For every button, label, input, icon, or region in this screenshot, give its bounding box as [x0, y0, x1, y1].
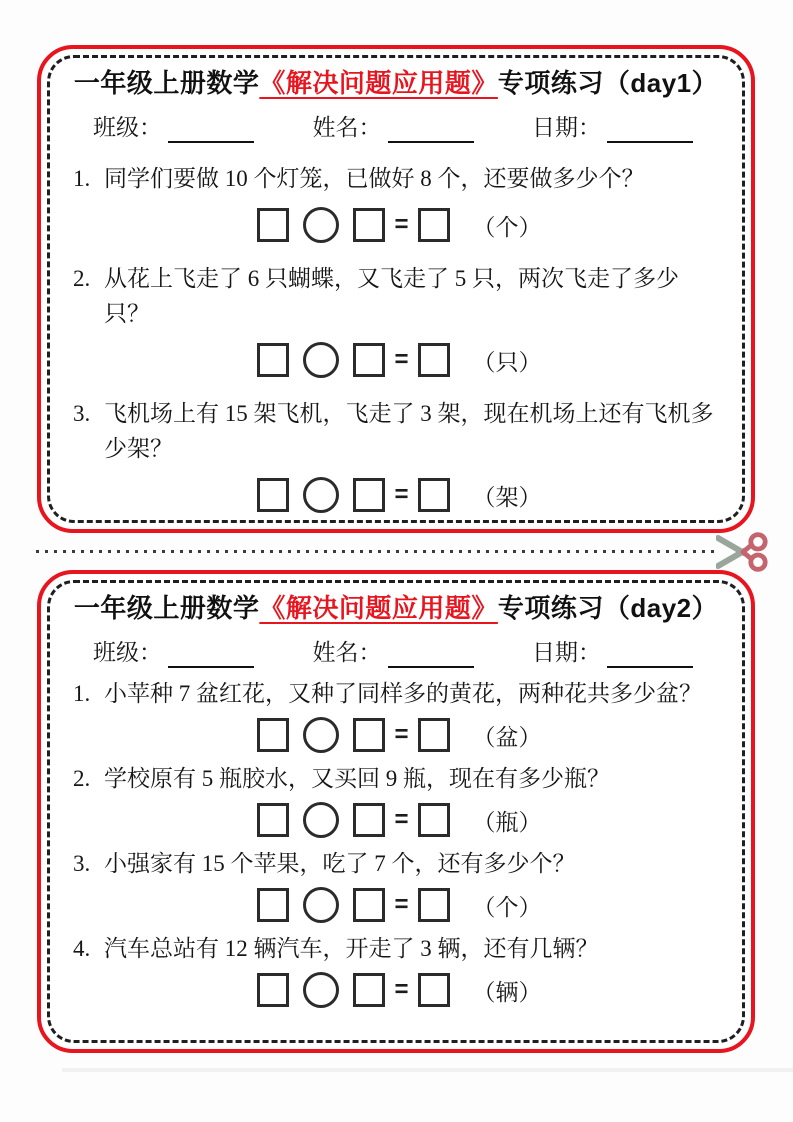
equals-sign: = — [394, 481, 408, 509]
operand-box-1 — [257, 888, 289, 922]
operand-box-1 — [257, 343, 289, 377]
operand-box-2 — [353, 343, 385, 377]
equation-row: = （辆） — [71, 972, 721, 1008]
date-field-label: 日期： — [532, 113, 601, 143]
answer-box — [418, 478, 450, 512]
name-field-blank — [388, 644, 474, 668]
answer-box — [418, 973, 450, 1007]
equals-sign: = — [394, 346, 408, 374]
operand-box-2 — [353, 803, 385, 837]
title-suffix: 专项练习（day2） — [498, 593, 718, 623]
equation-row: = （只） — [71, 342, 721, 378]
date-field-blank — [607, 119, 693, 143]
problem-statement: 2. 从花上飞走了 6 只蝴蝶，又飞走了 5 只，两次飞走了多少只？ — [71, 261, 721, 331]
unit-label: （个） — [473, 209, 542, 242]
answer-box — [418, 208, 450, 242]
problem-text: 从花上飞走了 6 只蝴蝶，又飞走了 5 只，两次飞走了多少只？ — [104, 261, 721, 331]
equation-row: = （架） — [71, 477, 721, 513]
unit-label: （个） — [473, 889, 542, 922]
operand-box-2 — [353, 718, 385, 752]
problem-text: 小强家有 15 个苹果，吃了 7 个，还有多少个？ — [104, 846, 721, 881]
unit-label: （瓶） — [473, 804, 542, 837]
title-prefix: 一年级上册数学 — [74, 68, 260, 98]
name-field: 姓名： — [313, 113, 474, 143]
problem-text: 学校原有 5 瓶胶水，又买回 9 瓶，现在有多少瓶？ — [104, 761, 721, 796]
problem-item: 3. 小强家有 15 个苹果，吃了 7 个，还有多少个？ = （个） — [71, 846, 721, 923]
operator-circle — [303, 342, 339, 378]
page-title: 一年级上册数学《解决问题应用题》专项练习（day2） — [71, 591, 721, 625]
answer-box — [418, 888, 450, 922]
problem-number: 2. — [71, 261, 104, 331]
problem-item: 3. 飞机场上有 15 架飞机，飞走了 3 架，现在机场上还有飞机多少架？ = … — [71, 396, 721, 513]
operand-box-1 — [257, 973, 289, 1007]
cut-dotted-line — [36, 550, 720, 553]
equals-sign: = — [394, 806, 408, 834]
operator-circle — [303, 802, 339, 838]
operand-box-2 — [353, 888, 385, 922]
date-field: 日期： — [532, 113, 693, 143]
problem-number: 1. — [71, 161, 104, 196]
operator-circle — [303, 887, 339, 923]
problem-statement: 2. 学校原有 5 瓶胶水，又买回 9 瓶，现在有多少瓶？ — [71, 761, 721, 796]
worksheet-card-day1: 一年级上册数学《解决问题应用题》专项练习（day1） 班级： 姓名： 日期： 1… — [37, 45, 755, 533]
header-fields-row: 班级： 姓名： 日期： — [71, 638, 721, 668]
problem-text: 同学们要做 10 个灯笼，已做好 8 个，还要做多少个？ — [104, 161, 721, 196]
problem-text: 飞机场上有 15 架飞机，飞走了 3 架，现在机场上还有飞机多少架？ — [104, 396, 721, 466]
answer-box — [418, 803, 450, 837]
operator-circle — [303, 207, 339, 243]
problem-number: 1. — [71, 676, 104, 711]
operand-box-2 — [353, 973, 385, 1007]
equals-sign: = — [394, 211, 408, 239]
class-field-label: 班级： — [93, 113, 162, 143]
problem-number: 3. — [71, 846, 104, 881]
problem-number: 3. — [71, 396, 104, 466]
page-title: 一年级上册数学《解决问题应用题》专项练习（day1） — [71, 66, 721, 100]
problem-statement: 3. 飞机场上有 15 架飞机，飞走了 3 架，现在机场上还有飞机多少架？ — [71, 396, 721, 466]
problem-text: 汽车总站有 12 辆汽车，开走了 3 辆，还有几辆？ — [104, 931, 721, 966]
name-field-blank — [388, 119, 474, 143]
operand-box-1 — [257, 718, 289, 752]
equation-row: = （个） — [71, 207, 721, 243]
problem-text: 小苹种 7 盆红花，又种了同样多的黄花，两种花共多少盆？ — [104, 676, 721, 711]
operand-box-2 — [353, 478, 385, 512]
equals-sign: = — [394, 976, 408, 1004]
problem-statement: 4. 汽车总站有 12 辆汽车，开走了 3 辆，还有几辆？ — [71, 931, 721, 966]
answer-box — [418, 343, 450, 377]
operand-box-2 — [353, 208, 385, 242]
equation-row: = （个） — [71, 887, 721, 923]
card-content: 一年级上册数学《解决问题应用题》专项练习（day2） 班级： 姓名： 日期： 1… — [41, 574, 751, 1049]
problem-item: 2. 从花上飞走了 6 只蝴蝶，又飞走了 5 只，两次飞走了多少只？ = （只） — [71, 261, 721, 378]
title-highlight: 《解决问题应用题》 — [259, 68, 498, 98]
operator-circle — [303, 717, 339, 753]
class-field-label: 班级： — [93, 638, 162, 668]
unit-label: （辆） — [473, 974, 542, 1007]
equals-sign: = — [394, 721, 408, 749]
unit-label: （架） — [473, 479, 542, 512]
name-field-label: 姓名： — [313, 113, 382, 143]
problem-statement: 1. 同学们要做 10 个灯笼，已做好 8 个，还要做多少个？ — [71, 161, 721, 196]
equals-sign: = — [394, 891, 408, 919]
operand-box-1 — [257, 208, 289, 242]
class-field: 班级： — [93, 113, 254, 143]
title-highlight: 《解决问题应用题》 — [259, 593, 498, 623]
date-field-blank — [607, 644, 693, 668]
name-field: 姓名： — [313, 638, 474, 668]
problem-number: 2. — [71, 761, 104, 796]
scan-artifact-line — [62, 1068, 793, 1072]
unit-label: （只） — [473, 344, 542, 377]
worksheet-card-day2: 一年级上册数学《解决问题应用题》专项练习（day2） 班级： 姓名： 日期： 1… — [37, 570, 755, 1053]
operand-box-1 — [257, 803, 289, 837]
answer-box — [418, 718, 450, 752]
problem-number: 4. — [71, 931, 104, 966]
equation-row: = （瓶） — [71, 802, 721, 838]
operand-box-1 — [257, 478, 289, 512]
problem-item: 2. 学校原有 5 瓶胶水，又买回 9 瓶，现在有多少瓶？ = （瓶） — [71, 761, 721, 838]
title-suffix: 专项练习（day1） — [498, 68, 718, 98]
header-fields-row: 班级： 姓名： 日期： — [71, 113, 721, 143]
date-field: 日期： — [532, 638, 693, 668]
problem-item: 1. 同学们要做 10 个灯笼，已做好 8 个，还要做多少个？ = （个） — [71, 161, 721, 243]
problem-statement: 1. 小苹种 7 盆红花，又种了同样多的黄花，两种花共多少盆？ — [71, 676, 721, 711]
card-content: 一年级上册数学《解决问题应用题》专项练习（day1） 班级： 姓名： 日期： 1… — [41, 49, 751, 529]
name-field-label: 姓名： — [313, 638, 382, 668]
problem-statement: 3. 小强家有 15 个苹果，吃了 7 个，还有多少个？ — [71, 846, 721, 881]
class-field: 班级： — [93, 638, 254, 668]
problem-item: 1. 小苹种 7 盆红花，又种了同样多的黄花，两种花共多少盆？ = （盆） — [71, 676, 721, 753]
equation-row: = （盆） — [71, 717, 721, 753]
scissors-icon — [716, 531, 772, 573]
operator-circle — [303, 972, 339, 1008]
class-field-blank — [168, 644, 254, 668]
operator-circle — [303, 477, 339, 513]
date-field-label: 日期： — [532, 638, 601, 668]
unit-label: （盆） — [473, 719, 542, 752]
title-prefix: 一年级上册数学 — [74, 593, 260, 623]
problem-item: 4. 汽车总站有 12 辆汽车，开走了 3 辆，还有几辆？ = （辆） — [71, 931, 721, 1008]
class-field-blank — [168, 119, 254, 143]
